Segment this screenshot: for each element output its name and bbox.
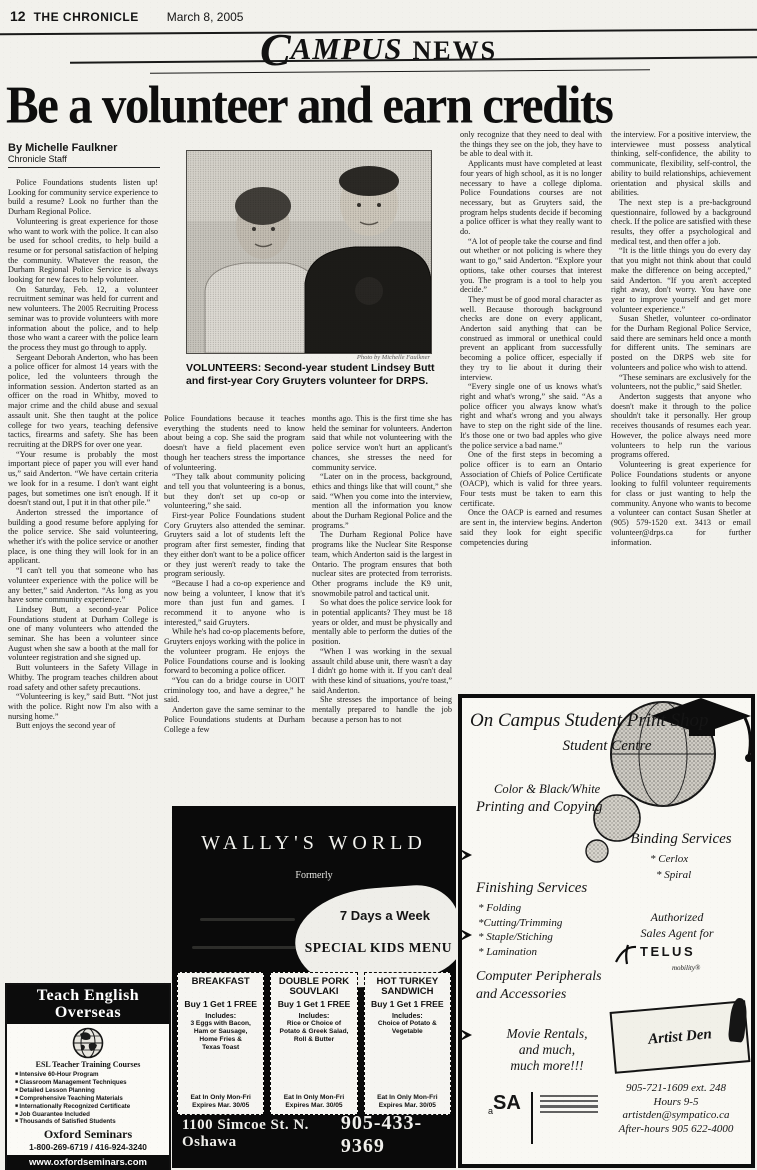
teach-english-bullet: Classroom Management Techniques	[15, 1079, 169, 1087]
article-paragraph: “These seminars are exclusively for the …	[611, 373, 751, 392]
binding-services-title: Binding Services	[610, 831, 752, 848]
article-paragraph: Police Foundations students listen up! L…	[8, 178, 158, 217]
teach-english-bullet-list: Intensive 60-Hour ProgramClassroom Manag…	[15, 1071, 169, 1126]
movie-rentals-text: Movie Rentals, and much, much more!!!	[480, 1026, 614, 1074]
contact-email: artistden@sympatico.ca	[600, 1109, 752, 1123]
section-masthead: CAMPUSNEWS	[0, 30, 757, 70]
telus-wordmark: TELUS	[640, 944, 695, 959]
byline-author: By Michelle Faulkner	[8, 142, 160, 154]
peripherals-line: Computer Peripherals	[476, 968, 602, 986]
article-paragraph: Police Foundations because it teaches ev…	[164, 414, 305, 472]
coupon-title: BREAKFAST	[180, 977, 261, 997]
wallys-tagline: 7 Days a Week	[340, 908, 430, 923]
teach-english-bullet: Thousands of Satisfied Students	[15, 1118, 169, 1126]
article-paragraph: the interview. For a positive interview,…	[611, 130, 751, 198]
finishing-item: * Staple/Stiching	[478, 930, 562, 945]
article-paragraph: “When I was working in the sexual assaul…	[312, 647, 452, 696]
coupon-expiry: Expires Mar. 30/05	[178, 1102, 263, 1110]
article-paragraph: “It is the little things you do every da…	[611, 246, 751, 314]
article-paragraph: So what does the police service look for…	[312, 598, 452, 647]
newspaper-page: { "page": { "number": "12", "publication…	[0, 0, 757, 1170]
torn-edge-mark	[458, 928, 472, 942]
article-column-3: months ago. This is the first time she h…	[312, 414, 452, 804]
coupon-includes-label: Includes:	[180, 1013, 261, 1020]
coupon-include-line: Ham or Sausage,	[180, 1028, 261, 1036]
coupon-terms: Eat In Only Mon-Fri	[271, 1094, 356, 1102]
article-paragraph: First-year Police Foundations student Co…	[164, 511, 305, 579]
byline-block: By Michelle Faulkner Chronicle Staff	[8, 142, 160, 168]
coupon-double-pork-souvlaki: DOUBLE PORK SOUVLAKI Buy 1 Get 1 FREE In…	[270, 972, 357, 1115]
article-column-5: the interview. For a positive interview,…	[611, 130, 751, 690]
teach-english-subtitle: ESL Teacher Training Courses	[7, 1060, 169, 1069]
oxford-seminars-website: www.oxfordseminars.com	[7, 1155, 169, 1170]
wallys-address-bar: 1100 Simcoe St. N. Oshawa 905-433-9369	[182, 1112, 448, 1158]
photo-caption: VOLUNTEERS: Second-year student Lindsey …	[186, 362, 438, 388]
finishing-item-list: * Folding*Cutting/Trimming* Staple/Stich…	[478, 901, 562, 959]
oxford-seminars-phone: 1-800-269-6719 / 416-924-3240	[7, 1142, 169, 1152]
teach-english-ad-title: Teach English Overseas	[7, 985, 169, 1024]
telus-mobility-label: mobility®	[672, 964, 754, 972]
coupon-terms: Eat In Only Mon-Fri	[365, 1094, 450, 1102]
binding-item: * Spiral	[656, 869, 691, 881]
teach-english-bullet: Comprehensive Teaching Materials	[15, 1095, 169, 1103]
coupon-terms: Eat In Only Mon-Fri	[178, 1094, 263, 1102]
article-paragraph: Butt enjoys the second year of	[8, 721, 158, 731]
coupon-includes-label: Includes:	[273, 1013, 354, 1020]
section-suffix: NEWS	[412, 36, 497, 65]
teach-english-bullet: Detailed Lesson Planning	[15, 1087, 169, 1095]
movie-rentals-line: Movie Rentals,	[480, 1026, 614, 1042]
print-shop-contact-block: 905-721-1609 ext. 248 Hours 9-5 artistde…	[600, 1082, 752, 1136]
coupon-footer: Eat In Only Mon-Fri Expires Mar. 30/05	[178, 1094, 263, 1110]
coupon-offer: Buy 1 Get 1 FREE	[367, 999, 448, 1009]
contact-after-hours: After-hours 905 622-4000	[600, 1123, 752, 1137]
peripherals-text: Computer Peripherals and Accessories	[476, 968, 602, 1004]
coupon-include-line: Roll & Butter	[273, 1036, 354, 1044]
contact-hours: Hours 9-5	[600, 1096, 752, 1110]
coupon-includes: 3 Eggs with Bacon,Ham or Sausage,Home Fr…	[180, 1020, 261, 1052]
print-shop-title: On Campus Student Print Shop	[470, 710, 752, 732]
student-association-logo: a SA	[488, 1092, 598, 1144]
wallys-formerly-label: Formerly	[172, 870, 456, 881]
torn-edge-mark	[458, 1028, 472, 1042]
article-paragraph: “A lot of people take the course and fin…	[460, 237, 602, 295]
torn-edge-mark	[458, 848, 472, 862]
article-paragraph: Susan Shetler, volunteer co-ordinator fo…	[611, 314, 751, 372]
coupon-include-line: 3 Eggs with Bacon,	[180, 1020, 261, 1028]
coupon-row: BREAKFAST Buy 1 Get 1 FREE Includes: 3 E…	[177, 972, 451, 1115]
coupon-title: DOUBLE PORK SOUVLAKI	[273, 977, 354, 997]
article-paragraph: “Your resume is probably the most import…	[8, 450, 158, 508]
ad-teach-english-overseas: Teach English Overseas ESL Teacher Train…	[5, 983, 171, 1170]
article-paragraph: Anderton stressed the importance of buil…	[8, 508, 158, 566]
illegible-text	[200, 918, 295, 921]
globe-icon	[72, 1027, 104, 1059]
coupon-include-line: Texas Toast	[180, 1044, 261, 1052]
oxford-seminars-brand: Oxford Seminars	[7, 1127, 169, 1142]
ad-student-print-shop: On Campus Student Print Shop Student Cen…	[458, 694, 755, 1168]
section-name: AMPUS	[291, 31, 403, 66]
coupon-offer: Buy 1 Get 1 FREE	[180, 999, 261, 1009]
article-paragraph: “I can't tell you that someone who has v…	[8, 566, 158, 605]
article-paragraph: One of the first steps in becoming a pol…	[460, 450, 602, 508]
print-shop-subtitle: Student Centre	[507, 738, 707, 755]
page-number: 12	[10, 8, 26, 24]
article-paragraph: Once the OACP is earned and resumes are …	[460, 508, 602, 547]
contact-phone: 905-721-1609 ext. 248	[600, 1082, 752, 1096]
coupon-includes-label: Includes:	[367, 1013, 448, 1020]
article-paragraph: Sergeant Deborah Anderton, who has been …	[8, 353, 158, 450]
article-column-2: Police Foundations because it teaches ev…	[164, 414, 305, 804]
article-photo	[186, 150, 432, 354]
teach-english-bullet: Intensive 60-Hour Program	[15, 1071, 169, 1079]
sa-logo-divider	[531, 1092, 533, 1144]
coupon-includes: Choice of Potato &Vegetable	[367, 1020, 448, 1036]
photo-grain	[187, 151, 431, 353]
section-initial: C	[260, 24, 291, 75]
page-header: 12THE CHRONICLEMarch 8, 2005	[10, 8, 243, 26]
article-paragraph: They must be of good moral character as …	[460, 295, 602, 382]
coupon-includes: Rice or Choice ofPotato & Greek Salad,Ro…	[273, 1020, 354, 1044]
coupon-offer: Buy 1 Get 1 FREE	[273, 999, 354, 1009]
movie-rentals-line: and much,	[480, 1042, 614, 1058]
coupon-include-line: Potato & Greek Salad,	[273, 1028, 354, 1036]
teach-english-title-line2: Overseas	[7, 1004, 169, 1021]
article-column-1: Police Foundations students listen up! L…	[8, 178, 158, 974]
article-headline: Be a volunteer and earn credits	[6, 74, 754, 136]
ad-wallys-world: WALLY'S WORLD Formerly 7 Days a Week SPE…	[172, 806, 456, 1168]
article-paragraph: Volunteering is great experience for Pol…	[611, 460, 751, 547]
coupon-footer: Eat In Only Mon-Fri Expires Mar. 30/05	[271, 1094, 356, 1110]
article-paragraph: Volunteering is great experience for tho…	[8, 217, 158, 285]
coupon-breakfast: BREAKFAST Buy 1 Get 1 FREE Includes: 3 E…	[177, 972, 264, 1115]
illegible-text	[540, 1092, 598, 1116]
telus-logo: TELUS mobility®	[614, 944, 754, 972]
coupon-include-line: Choice of Potato &	[367, 1020, 448, 1028]
teach-english-bullet: Job Guarantee Included	[15, 1111, 169, 1119]
coupon-title: HOT TURKEY SANDWICH	[367, 977, 448, 997]
peripherals-line: and Accessories	[476, 986, 602, 1004]
finishing-item: * Lamination	[478, 945, 562, 960]
coupon-expiry: Expires Mar. 30/05	[365, 1102, 450, 1110]
teach-english-bullet: Internationally Recognized Certificate	[15, 1103, 169, 1111]
coupon-include-line: Home Fries &	[180, 1036, 261, 1044]
article-paragraph: The Durham Regional Police have programs…	[312, 530, 452, 598]
authorized-line: Sales Agent for	[612, 926, 742, 941]
article-paragraph: months ago. This is the first time she h…	[312, 414, 452, 472]
coupon-include-line: Rice or Choice of	[273, 1020, 354, 1028]
wallys-kids-menu-label: SPECIAL KIDS MENU	[305, 940, 452, 956]
movie-rentals-line: much more!!!	[480, 1058, 614, 1074]
print-shop-printing-line: Printing and Copying	[476, 799, 602, 816]
article-paragraph: “Volunteering is key,” said Butt. “Not j…	[8, 692, 158, 721]
finishing-item: *Cutting/Trimming	[478, 916, 562, 931]
article-column-4: only recognize that they need to deal wi…	[460, 130, 602, 690]
coupon-expiry: Expires Mar. 30/05	[271, 1102, 356, 1110]
wallys-world-title: WALLY'S WORLD	[172, 832, 456, 855]
article-paragraph: “They talk about community policing and …	[164, 472, 305, 511]
publication-name: THE CHRONICLE	[34, 10, 139, 24]
print-shop-color-line: Color & Black/White	[494, 782, 600, 797]
byline-organization: Chronicle Staff	[8, 154, 160, 168]
article-paragraph: Lindsey Butt, a second-year Police Found…	[8, 605, 158, 663]
article-paragraph: “Because I had a co-op experience and no…	[164, 579, 305, 628]
coupon-footer: Eat In Only Mon-Fri Expires Mar. 30/05	[365, 1094, 450, 1110]
article-paragraph: She stresses the importance of being men…	[312, 695, 452, 724]
photo-credit: Photo by Michelle Faulkner	[186, 354, 430, 361]
article-paragraph: “Every single one of us knows what's rig…	[460, 382, 602, 450]
article-paragraph: “Later on in the process, background, et…	[312, 472, 452, 530]
article-paragraph: The next step is a pre-background questi…	[611, 198, 751, 247]
wallys-phone: 905-433-9369	[341, 1112, 448, 1158]
authorized-line: Authorized	[612, 910, 742, 925]
coupon-hot-turkey-sandwich: HOT TURKEY SANDWICH Buy 1 Get 1 FREE Inc…	[364, 972, 451, 1115]
article-paragraph: Anderton suggests that anyone who doesn'…	[611, 392, 751, 460]
article-paragraph: only recognize that they need to deal wi…	[460, 130, 602, 159]
wallys-street-address: 1100 Simcoe St. N. Oshawa	[182, 1117, 341, 1151]
article-paragraph: While he's had co-op placements before, …	[164, 627, 305, 676]
telus-swoosh-icon	[614, 944, 640, 966]
article-paragraph: Applicants must have completed at least …	[460, 159, 602, 237]
illegible-text	[192, 946, 312, 949]
coupon-include-line: Vegetable	[367, 1028, 448, 1036]
issue-date: March 8, 2005	[167, 10, 244, 24]
article-paragraph: Anderton gave the same seminar to the Po…	[164, 705, 305, 734]
binding-item: * Cerlox	[650, 853, 688, 865]
article-paragraph: On Saturday, Feb. 12, a volunteer recrui…	[8, 285, 158, 353]
finishing-item: * Folding	[478, 901, 562, 916]
sa-logo-letters: SA	[493, 1092, 521, 1115]
article-paragraph: Butt volunteers in the Safety Village in…	[8, 663, 158, 692]
artist-den-name: Artist Den	[647, 1026, 712, 1048]
teach-english-title-line1: Teach English	[7, 987, 169, 1004]
article-paragraph: “You can do a bridge course in UOIT crim…	[164, 676, 305, 705]
finishing-services-title: Finishing Services	[476, 880, 587, 897]
